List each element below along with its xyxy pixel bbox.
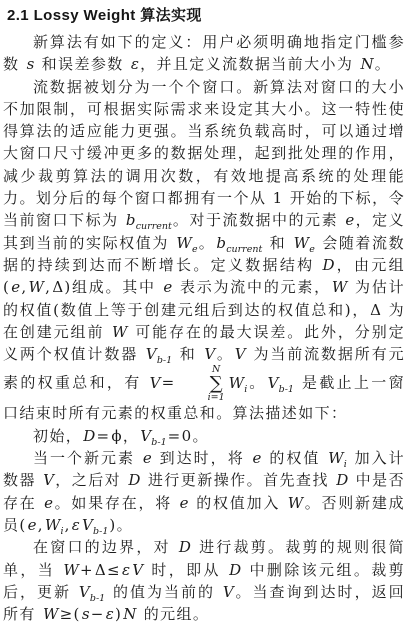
math-variable: ε [71,516,81,534]
paragraph: 新算法有如下的定义：用户必须明确地指定门槛参数 s 和误差参数 ε，并且定义流数… [3,31,405,76]
paragraph: 当一个新元素 e 到达时，将 e 的权值 Wi 加入计数器 V，之后对 D 进行… [3,447,405,536]
math-variable: bcurrent [215,234,263,252]
math-variable: D [228,561,242,579]
math-variable: Δ [94,561,107,579]
body-text: 新算法有如下的定义：用户必须明确地指定门槛参数 s 和误差参数 ε，并且定义流数… [3,31,405,625]
math-variable: e [251,449,262,467]
math-variable: Vb-1 [139,427,167,445]
math-variable: bcurrent [125,211,173,229]
summation-symbol: N∑i=1 [178,365,225,402]
math-variable: D [178,538,192,556]
math-variable: N [359,55,374,73]
math-variable: ε [121,561,131,579]
math-variable: W [331,278,349,296]
paragraph: 在窗口的边界，对 D 进行裁剪。裁剪的规则很简单，当 W+Δ≤εV 时，即从 D… [3,536,405,625]
math-variable: Vb-1 [145,345,173,363]
math-variable: Vb-1 [78,583,106,601]
math-variable: W [287,494,305,512]
math-variable: V [203,345,216,363]
math-variable: s [26,55,36,73]
math-variable: e [179,494,190,512]
math-variable: D [335,471,349,489]
math-variable: Wi [44,516,65,534]
math-variable: e [43,494,54,512]
math-variable: ε [105,605,115,623]
math-variable: N [122,605,137,623]
math-variable: e [162,278,173,296]
math-variable: e [10,278,21,296]
math-variable: We [293,234,316,252]
math-variable: V [234,345,247,363]
math-variable: Wi [327,449,348,467]
math-variable: e [142,449,153,467]
document-page: 2.1 Lossy Weight 算法实现 新算法有如下的定义：用户必须明确地指… [0,0,407,637]
math-variable: W [42,605,60,623]
math-variable: Vb-1 [81,516,109,534]
math-variable: Δ [369,301,382,319]
math-variable: V [131,561,144,579]
math-variable: D [127,471,141,489]
math-variable: Δ [51,278,64,296]
math-variable: V [42,471,55,489]
math-variable: D [322,256,336,274]
math-variable: ε [130,55,140,73]
math-variable: ϕ [110,427,122,445]
math-variable: D [82,427,96,445]
math-variable: V [222,583,235,601]
math-variable: Vb-1 [267,374,295,392]
paragraph: 流数据被划分为一个个窗口。新算法对窗口的大小不加限制，可根据实际需求来设定其大小… [3,76,405,425]
paragraph: 初始，D=ϕ，Vb-1=0。 [3,425,405,447]
math-variable: We [175,234,198,252]
math-variable: W [111,323,129,341]
math-variable: e [27,516,38,534]
math-variable: W [62,561,80,579]
math-variable: W [28,278,46,296]
math-variable: e [344,211,355,229]
math-variable: Wi [228,374,249,392]
section-heading: 2.1 Lossy Weight 算法实现 [7,4,405,25]
math-variable: s [81,605,91,623]
math-variable: V [149,374,162,392]
